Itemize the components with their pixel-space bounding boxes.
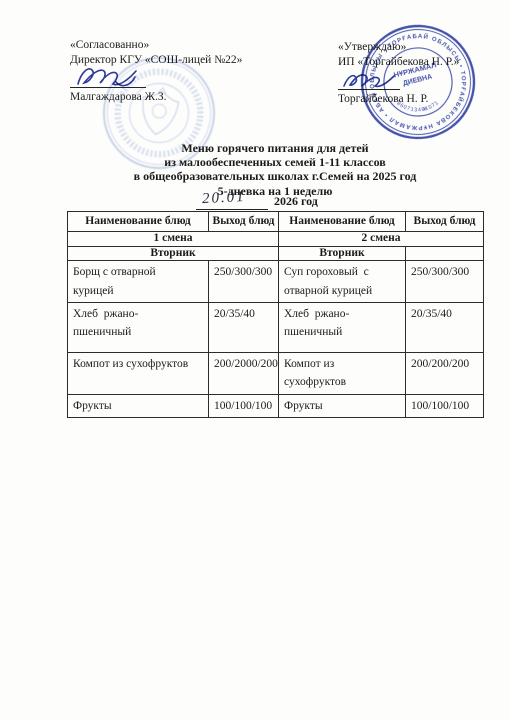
dish-cell: Хлеб ржано- пшеничный (68, 303, 209, 353)
portion-cell: 100/100/100 (209, 394, 279, 417)
menu-table: Наименование блюд Выход блюд Наименовани… (67, 211, 484, 418)
dish-cell: Суп гороховый с отварной курицей (279, 261, 406, 303)
table-row: Фрукты 100/100/100 Фрукты 100/100/100 (68, 394, 484, 417)
dish-cell: Компот из сухофруктов (68, 353, 209, 395)
approval-left-signature-line (70, 69, 146, 88)
approval-right-signature-line (338, 71, 400, 90)
approval-left-name: Малгаждарова Ж.З. (70, 90, 242, 105)
handwritten-date: 20.01 (202, 189, 247, 208)
portion-cell: 20/35/40 (406, 303, 484, 353)
approval-right-status: «Утверждаю» (338, 40, 459, 55)
header-output-2: Выход блюд (406, 212, 484, 232)
table-row: Компот из сухофруктов 200/2000/200 Компо… (68, 353, 484, 395)
date-underline: 20.01 (196, 190, 268, 210)
approval-right-name: Торгайбекова Н. Р. (338, 92, 459, 107)
director-signature-icon (72, 62, 142, 92)
header-dish-2: Наименование блюд (279, 212, 406, 232)
approval-right-block: «Утверждаю» ИП «Торгайбекова Н. Р.» Торг… (338, 40, 459, 107)
title-line-3: в общеобразовательных школах г.Семей на … (40, 169, 510, 183)
day-1-label: Вторник (68, 246, 279, 261)
year-label: 2026 год (274, 194, 318, 210)
dish-cell: Фрукты (68, 394, 209, 417)
portion-cell: 250/300/300 (406, 261, 484, 303)
dish-cell: Компот из сухофруктов (279, 353, 406, 395)
dish-cell: Фрукты (279, 394, 406, 417)
portion-cell: 200/200/200 (406, 353, 484, 395)
portion-cell: 250/300/300 (209, 261, 279, 303)
approval-left-status: «Согласованно» (70, 38, 242, 53)
table-header-row: Наименование блюд Выход блюд Наименовани… (68, 212, 484, 232)
entrepreneur-signature-icon (340, 68, 398, 94)
title-line-2: из малообеспеченных семей 1-11 классов (40, 155, 510, 169)
header-output-1: Выход блюд (209, 212, 279, 232)
shift-row: 1 смена 2 смена (68, 232, 484, 247)
dish-cell: Хлеб ржано- пшеничный (279, 303, 406, 353)
shift-1-label: 1 смена (68, 232, 279, 247)
table-row: Борщ с отварной курицей 250/300/300 Суп … (68, 261, 484, 303)
shift-2-label: 2 смена (279, 232, 484, 247)
title-line-1: Меню горячего питания для детей (40, 141, 510, 155)
portion-cell: 200/2000/200 (209, 353, 279, 395)
scanned-menu-document: «Согласованно» Директор КГУ «СОШ-лицей №… (0, 0, 510, 720)
day-row-empty-cell (406, 246, 484, 261)
approval-left-block: «Согласованно» Директор КГУ «СОШ-лицей №… (70, 38, 242, 105)
portion-cell: 100/100/100 (406, 394, 484, 417)
dish-cell: Борщ с отварной курицей (68, 261, 209, 303)
day-row: Вторник Вторник (68, 246, 484, 261)
date-row: 20.01 2026 год (196, 190, 318, 210)
portion-cell: 20/35/40 (209, 303, 279, 353)
table-row: Хлеб ржано- пшеничный 20/35/40 Хлеб ржан… (68, 303, 484, 353)
day-2-label: Вторник (279, 246, 406, 261)
header-dish-1: Наименование блюд (68, 212, 209, 232)
